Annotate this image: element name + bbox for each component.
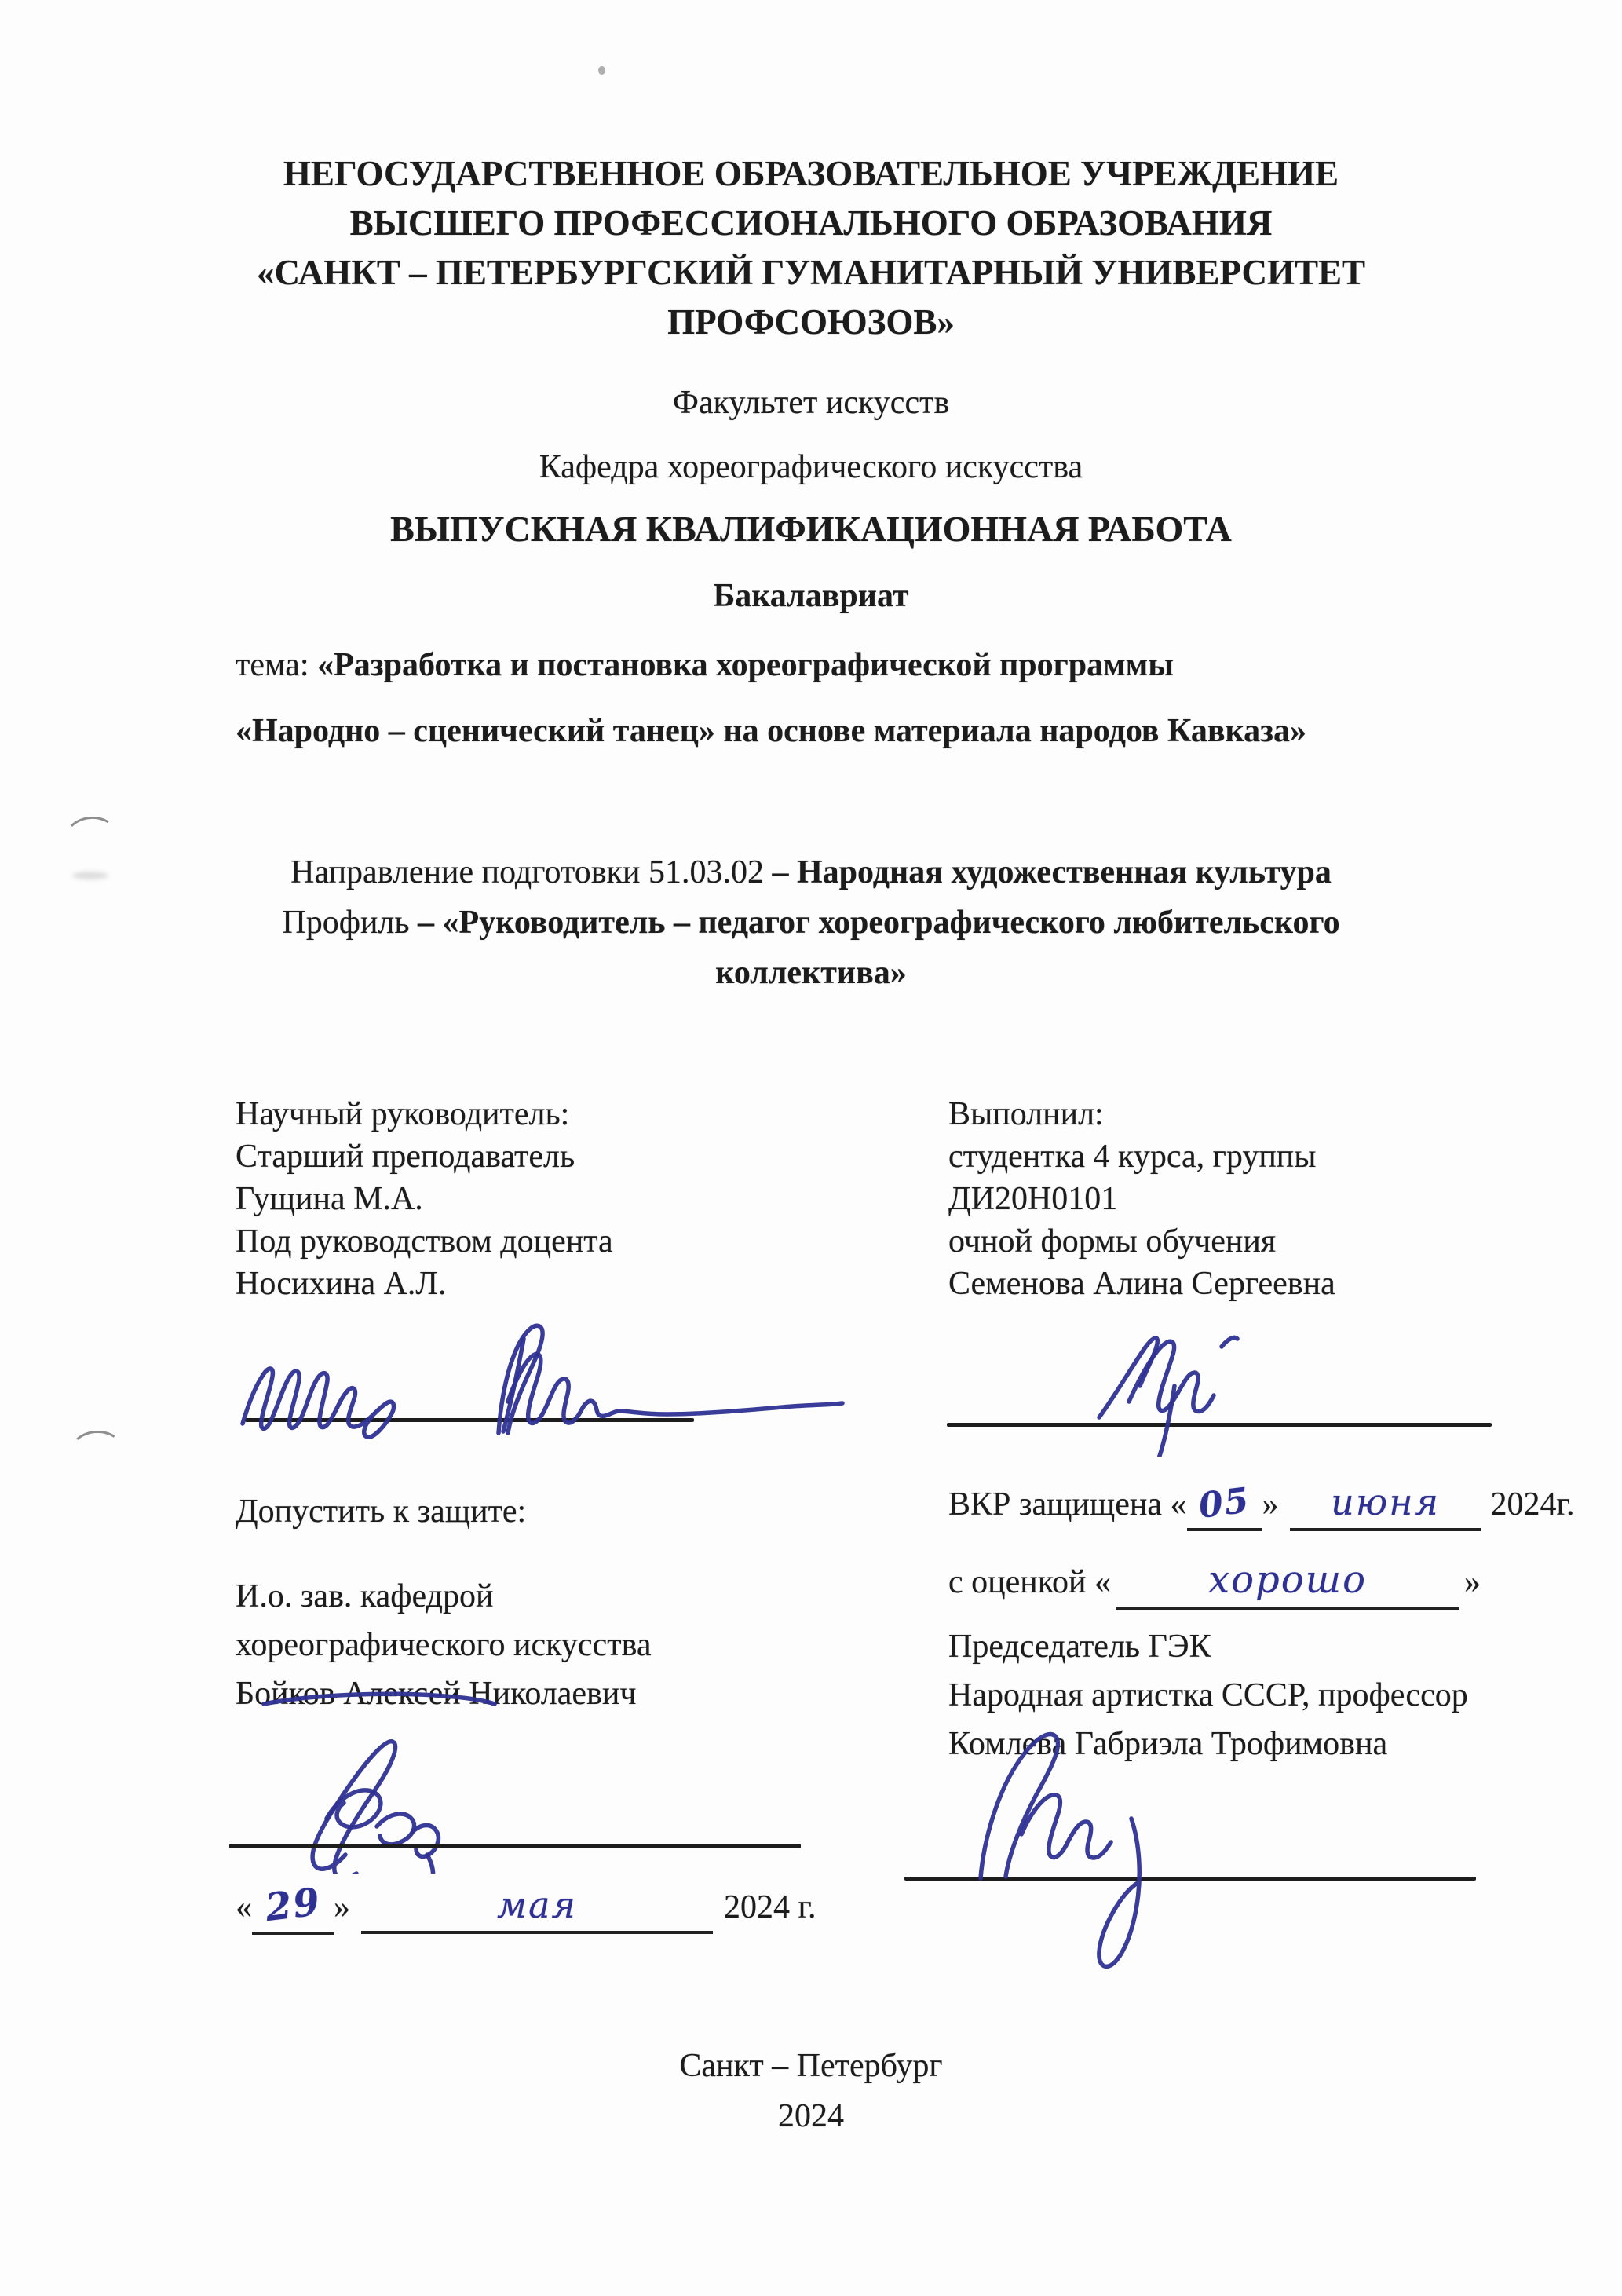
university-name-line1: НЕГОСУДАРСТВЕННОЕ ОБРАЗОВАТЕЛЬНОЕ УЧРЕЖД… — [0, 152, 1622, 195]
student-group: ДИ20Н0101 — [948, 1179, 1117, 1219]
supervisor-line1: Старший преподаватель — [236, 1137, 575, 1176]
university-name-line4: ПРОФСОЮЗОВ» — [0, 301, 1622, 343]
footer-city: Санкт – Петербург — [0, 2046, 1622, 2086]
theme-line1: тема: «Разработка и постановка хореограф… — [236, 645, 1174, 685]
student-title: Выполнил: — [948, 1095, 1104, 1134]
chairman-title: Председатель ГЭК — [948, 1627, 1211, 1666]
pencil-mark — [69, 1429, 123, 1470]
pencil-mark — [64, 814, 119, 859]
university-name-line2: ВЫСШЕГО ПРОФЕССИОНАЛЬНОГО ОБРАЗОВАНИЯ — [0, 202, 1622, 244]
defense-after-day: » — [1262, 1486, 1279, 1523]
defense-day-blank: 05 — [1187, 1483, 1262, 1531]
supervisor-line3: Под руководством доцента — [236, 1222, 613, 1261]
grade-blank: хорошо — [1116, 1558, 1459, 1610]
theme-line2: «Народно – сценический танец» на основе … — [236, 711, 1306, 751]
sign-date-row: «29»мая2024 г. — [236, 1883, 816, 1935]
sign-date-day-handwriting: 29 — [262, 1880, 323, 1930]
direction-value: – Народная художественная культура — [772, 854, 1331, 890]
direction-label: Направление подготовки 51.03.02 — [290, 854, 772, 890]
grade-row: с оценкой «хорошо» — [948, 1558, 1481, 1610]
scanned-title-page: НЕГОСУДАРСТВЕННОЕ ОБРАЗОВАТЕЛЬНОЕ УЧРЕЖД… — [0, 0, 1622, 2296]
defense-prefix: ВКР защищена « — [948, 1486, 1187, 1523]
sign-date-month-blank: мая — [361, 1884, 713, 1934]
profile-value-part1: – «Руководитель – педагог хореографическ… — [418, 905, 1340, 941]
sign-date-day-blank: 29 — [252, 1883, 334, 1935]
admission-line2: хореографического искусства — [236, 1625, 652, 1665]
admission-line1: И.о. зав. кафедрой — [236, 1577, 493, 1616]
student-line3: очной формы обучения — [948, 1222, 1276, 1261]
student-line1: студентка 4 курса, группы — [948, 1137, 1317, 1176]
scan-speck — [598, 66, 605, 75]
defense-day-handwriting: 05 — [1196, 1480, 1252, 1526]
grade-handwriting: хорошо — [1208, 1558, 1367, 1602]
university-name-line3: «САНКТ – ПЕТЕРБУРГСКИЙ ГУМАНИТАРНЫЙ УНИВ… — [0, 251, 1622, 294]
defense-month-handwriting: июня — [1331, 1481, 1440, 1523]
profile-label: Профиль — [282, 905, 418, 941]
work-type-title: ВЫПУСКНАЯ КВАЛИФИКАЦИОННАЯ РАБОТА — [0, 507, 1622, 550]
supervisor-signature — [232, 1292, 868, 1496]
theme-label: тема: — [236, 647, 317, 683]
profile-line1: Профиль – «Руководитель – педагог хореог… — [0, 903, 1622, 942]
defense-suffix: 2024г. — [1491, 1486, 1575, 1523]
defense-date-row: ВКР защищена «05»июня2024г. — [948, 1481, 1575, 1531]
sign-date-month-handwriting: мая — [497, 1884, 577, 1926]
student-signature — [1068, 1292, 1303, 1457]
chairman-signature — [946, 1724, 1260, 1983]
theme-text-part1: «Разработка и постановка хореографическо… — [317, 647, 1174, 683]
grade-prefix: с оценкой « — [948, 1563, 1111, 1601]
sign-date-close: » — [334, 1888, 350, 1926]
sign-date-year: 2024 г. — [724, 1888, 816, 1926]
footer-year: 2024 — [0, 2097, 1622, 2136]
faculty-name: Факультет искусств — [0, 383, 1622, 422]
profile-line2: коллектива» — [0, 953, 1622, 993]
direction-line: Направление подготовки 51.03.02 – Народн… — [0, 853, 1622, 892]
degree-level: Бакалавриат — [0, 576, 1622, 616]
grade-suffix: » — [1464, 1563, 1481, 1601]
dept-head-signature-line — [229, 1844, 801, 1848]
department-name: Кафедра хореографического искусства — [0, 448, 1622, 487]
defense-month-blank: июня — [1290, 1481, 1481, 1531]
chairman-line2: Народная артистка СССР, профессор — [948, 1676, 1468, 1715]
admission-title: Допустить к защите: — [236, 1492, 526, 1531]
supervisor-title: Научный руководитель: — [236, 1095, 569, 1134]
supervisor-line2: Гущина М.А. — [236, 1179, 423, 1219]
sign-date-open: « — [236, 1888, 252, 1926]
